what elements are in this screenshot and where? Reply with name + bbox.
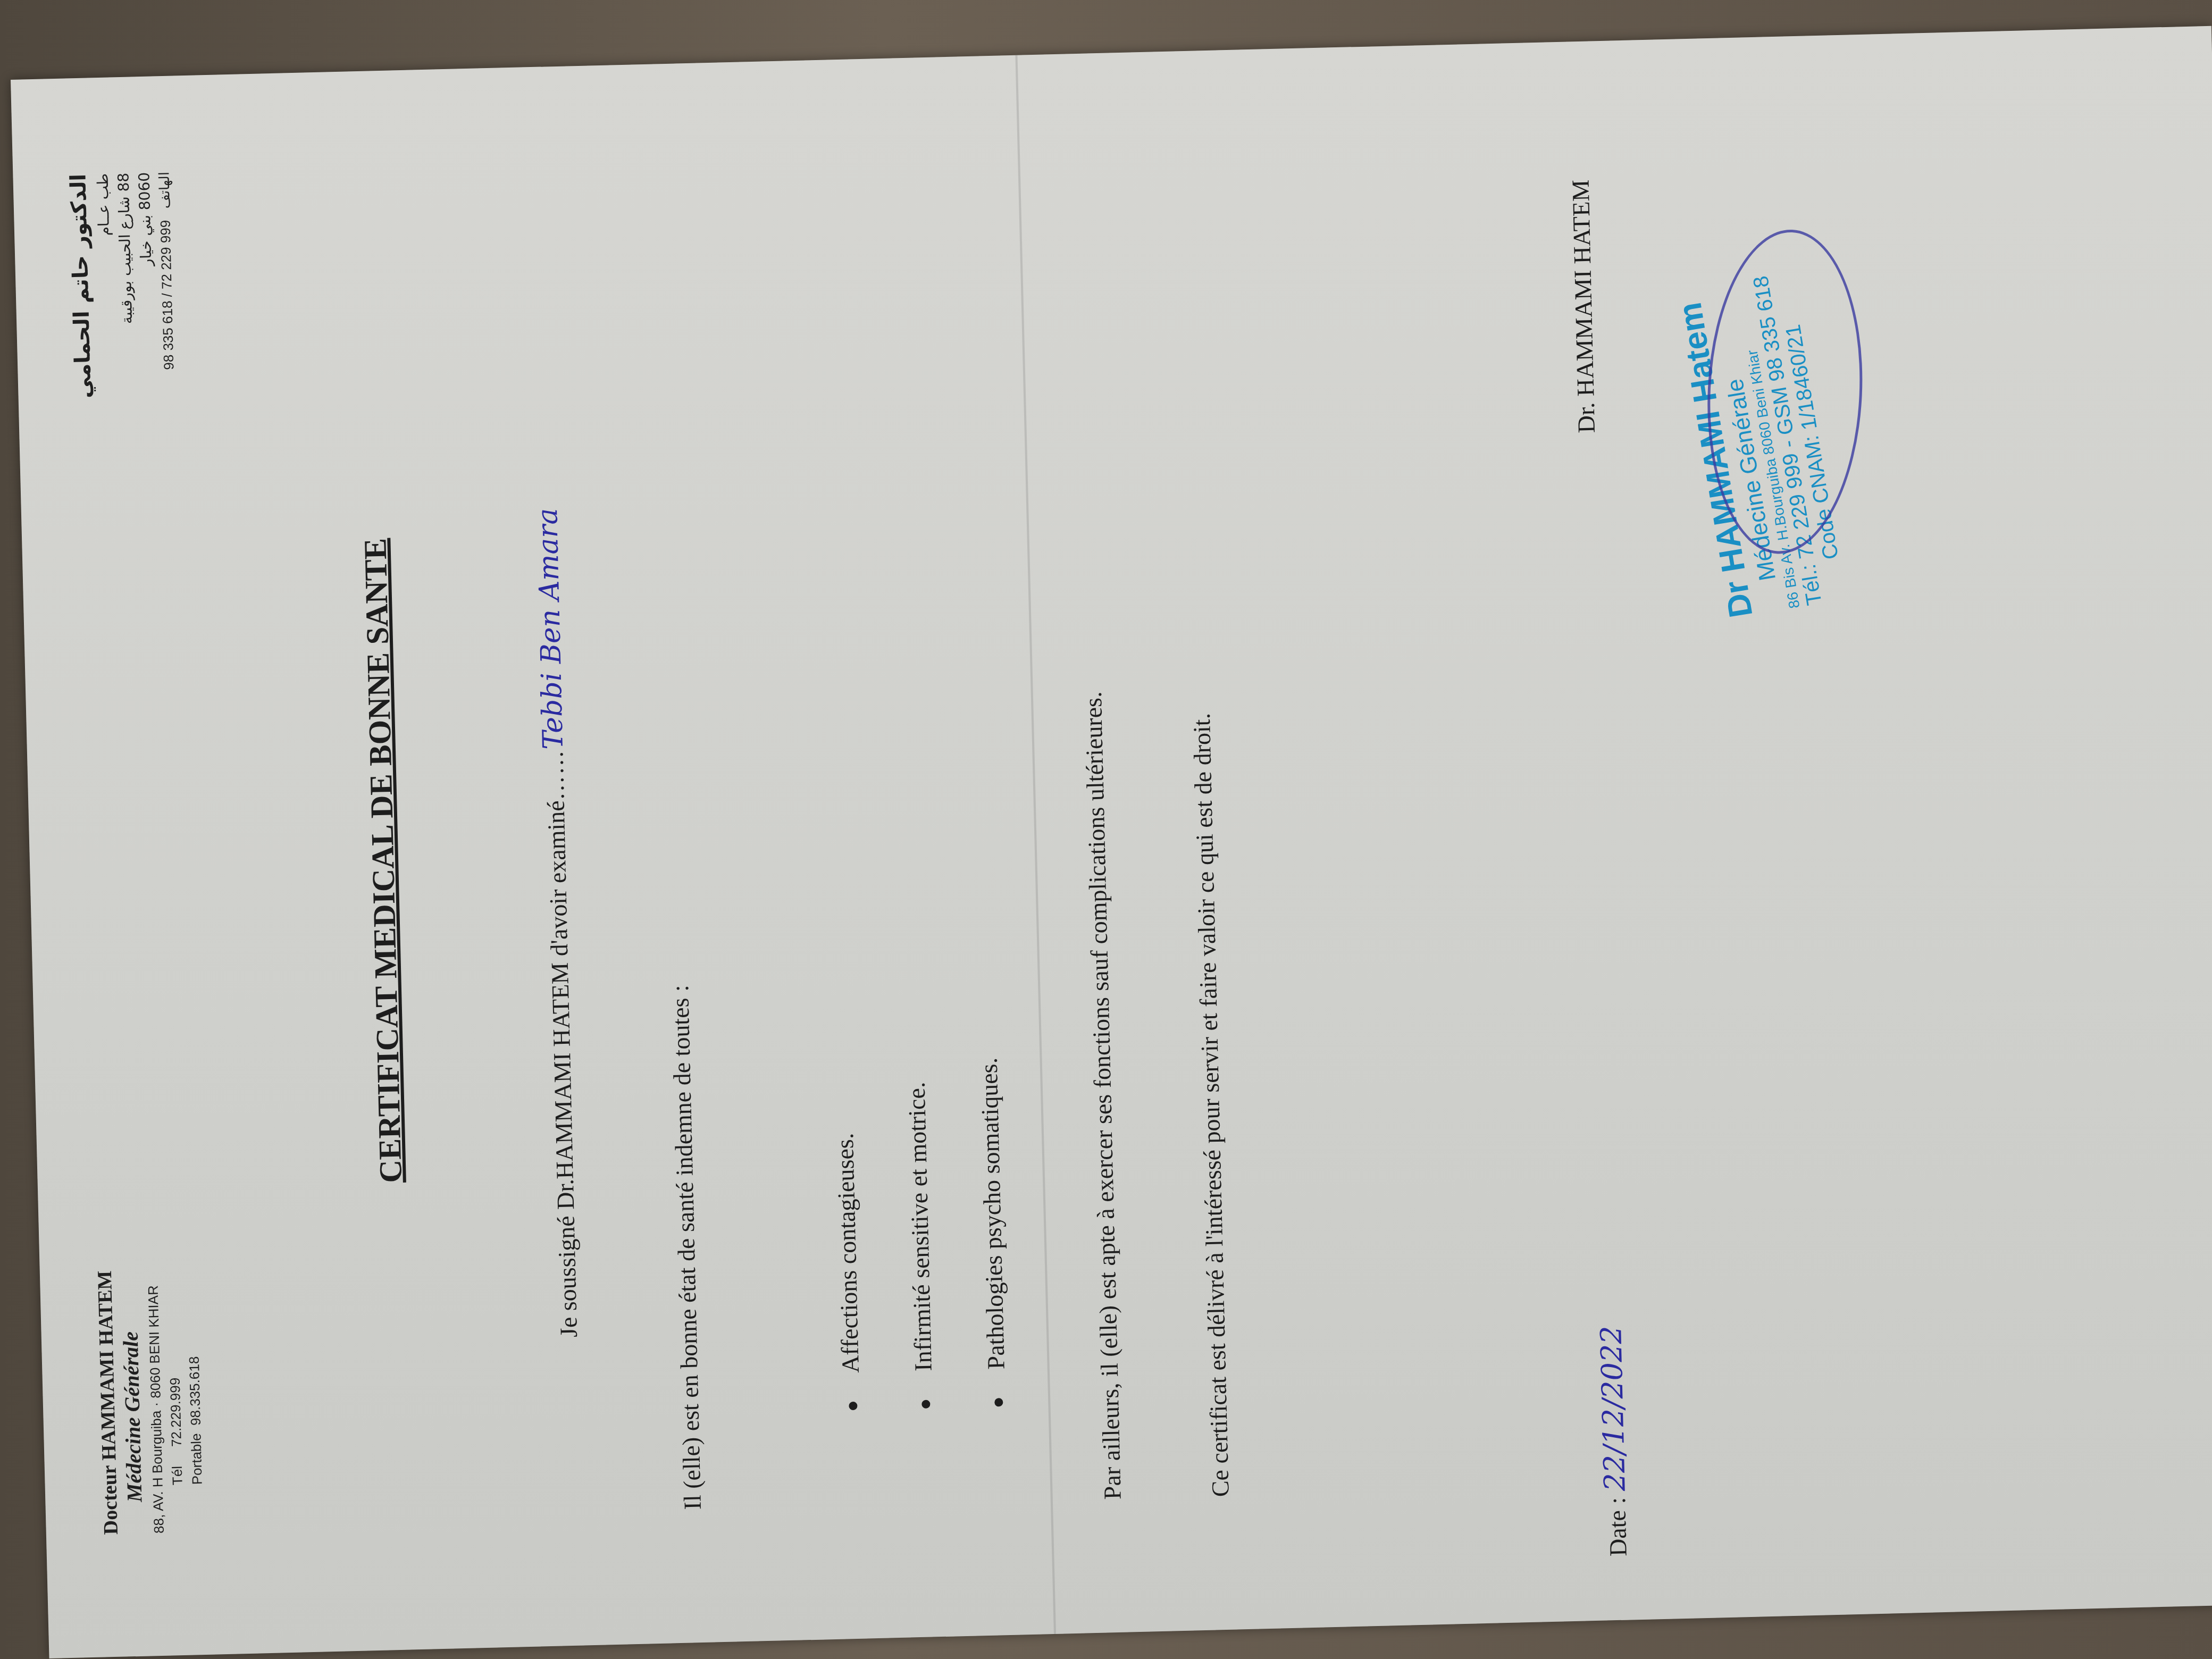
date-field: Date : 22/12/2022: [1594, 1326, 1633, 1557]
doctor-specialty-arabic: طب عــام: [94, 173, 116, 398]
doctor-tel: Tél 72.229.999: [164, 1269, 186, 1485]
doctor-name-arabic: الدكتور حاتم الحمامي: [66, 173, 96, 398]
health-statement: Il (elle) est en bonne état de santé ind…: [646, 181, 707, 1511]
tel-label: Tél: [169, 1466, 186, 1486]
certificate-body: Je soussigné Dr.HAMMAMI HATEM d'avoir ex…: [524, 167, 1235, 1513]
doctor-address: 88, AV. H Bourguiba · 8060 BENI KHIAR: [145, 1269, 167, 1534]
tel-number: 72.229.999: [167, 1377, 185, 1447]
doctor-mobile: Portable 98.335.618: [184, 1268, 206, 1485]
doctor-phones-arabic: 98 335 618 / 72 229 999 الهاتف: [156, 172, 178, 397]
doctor-stamp: Dr HAMMAMI Hatem Médecine Générale 86 Bi…: [1645, 112, 1943, 621]
date-handwritten: 22/12/2022: [1594, 1326, 1632, 1492]
condition-item: Pathologies psycho somatiques.: [953, 173, 1011, 1407]
mobile-number: 98.335.618: [186, 1356, 204, 1426]
certificate-page: Docteur HAMMAMI HATEM Médecine Générale …: [11, 26, 2212, 1658]
patient-name-handwritten: Tebbi Ben Amara: [532, 508, 569, 750]
intro-text: Je soussigné Dr.HAMMAMI HATEM d'avoir ex…: [542, 800, 582, 1338]
doctor-city-arabic: 8060 بني خيار: [135, 172, 158, 397]
date-label: Date :: [1603, 1497, 1632, 1556]
mobile-label: Portable: [188, 1433, 205, 1485]
aptitude-statement: Par ailleurs, il (elle) est apte à exerc…: [1066, 170, 1127, 1500]
letterhead-arabic: الدكتور حاتم الحمامي طب عــام 88 شارع ال…: [66, 172, 178, 399]
condition-item: Infirmité sensitive et motrice.: [880, 175, 939, 1409]
intro-line: Je soussigné Dr.HAMMAMI HATEM d'avoir ex…: [524, 183, 584, 1338]
certificate-title: CERTIFICAT MEDICAL DE BONNE SANTE: [346, 71, 421, 1650]
condition-item: Affections contagieuses.: [807, 177, 866, 1411]
closing-statement: Ce certificat est délivré à l'intéressé …: [1174, 167, 1235, 1497]
conditions-list: Affections contagieuses. Infirmité sensi…: [807, 173, 1011, 1410]
doctor-address-arabic: 88 شارع الحبيب بورقيبة: [114, 172, 137, 397]
phone-label-arabic: الهاتف: [156, 172, 173, 209]
document-content: Docteur HAMMAMI HATEM Médecine Générale …: [11, 26, 2212, 1658]
doctor-specialty: Médecine Générale: [116, 1270, 147, 1503]
doctor-signature-label: Dr. HAMMAMI HATEM: [1566, 179, 1601, 433]
letterhead-french: Docteur HAMMAMI HATEM Médecine Générale …: [93, 1268, 207, 1535]
phones: 98 335 618 / 72 229 999: [157, 220, 177, 370]
